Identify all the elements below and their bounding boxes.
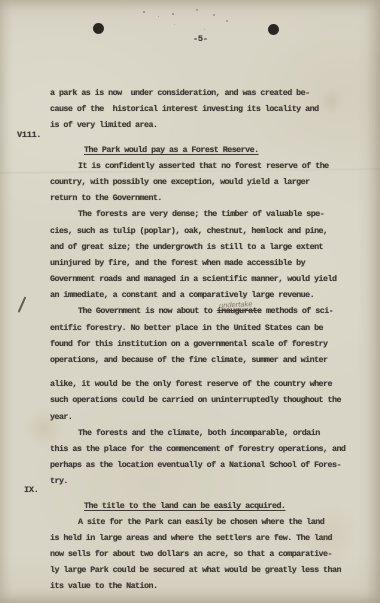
document-line: is held in large areas and where the set… — [50, 530, 355, 546]
document-line: uninjured by fire, and the forest when m… — [50, 255, 355, 271]
document-line: The Government is now about to inaugurat… — [50, 303, 355, 319]
document-line: alike, it would be the only forest reser… — [50, 376, 355, 392]
paper-speck — [174, 24, 175, 25]
document-line: entific forestry. No better place in the… — [50, 320, 355, 336]
document-line: The forests and the climate, both incomp… — [50, 425, 355, 441]
margin-section-label-viii: V111. — [17, 130, 41, 140]
handwritten-slash-mark — [18, 296, 26, 312]
paper-speck — [143, 11, 145, 13]
document-line: is of very limited area. — [50, 117, 355, 133]
paper-speck — [204, 29, 205, 30]
margin-section-label-ix: IX. — [24, 485, 39, 495]
document-line: The forests are very dense; the timber o… — [50, 206, 355, 222]
document-line: found for this institution on a governme… — [50, 336, 355, 352]
document-line: this as the place for the commencement o… — [50, 441, 355, 457]
document-line: return to the Government. — [50, 190, 355, 206]
document-line: its value to the Nation. — [50, 578, 355, 594]
document-line: Government roads and managed in a scient… — [50, 271, 355, 287]
paper-speck — [196, 9, 198, 11]
document-line: country, with possibly one exception, wo… — [50, 174, 355, 190]
line-text: methods of sci- — [262, 306, 334, 316]
document-line: and of great size; the undergrowth is st… — [50, 239, 355, 255]
document-line: try. — [50, 473, 355, 489]
document-line: cause of the historical interest investi… — [50, 101, 355, 117]
line-text: The Government is now about to — [78, 306, 217, 316]
document-line: an immediate, a constant and a comparati… — [50, 287, 355, 303]
paper-speck — [158, 16, 159, 17]
document-line: A site for the Park can easily be chosen… — [50, 514, 355, 530]
paper-speck — [213, 14, 215, 16]
handwritten-correction: undertake — [218, 297, 252, 315]
document-line: now sells for about two dollars an acre,… — [50, 546, 355, 562]
paper-speck — [226, 20, 228, 22]
struck-out-word: inaugurateundertake — [217, 306, 262, 316]
hole-punch-dot-left — [93, 23, 104, 34]
scanned-document-page: -5- V111. IX. a park as is now under con… — [0, 0, 380, 603]
document-line: operations, and because of the fine clim… — [50, 352, 355, 368]
page-number: -5- — [193, 34, 208, 44]
document-line: ly large Park could be secured at what w… — [50, 562, 355, 578]
section-heading: The Park would pay as a Forest Reserve. — [50, 142, 355, 158]
document-line: such operations could be carried on unin… — [50, 392, 355, 408]
paper-speck — [172, 13, 174, 15]
document-line: cies, such as tulip (poplar), oak, chest… — [50, 223, 355, 239]
document-line: a park as is now under consideration, an… — [50, 85, 355, 101]
document-lines: a park as is now under consideration, an… — [50, 85, 355, 595]
document-line: perhaps as the location eventually of a … — [50, 457, 355, 473]
hole-punch-dot-right — [268, 24, 279, 35]
section-heading: The title to the land can be easily acqu… — [50, 498, 355, 514]
document-line: year. — [50, 409, 355, 425]
